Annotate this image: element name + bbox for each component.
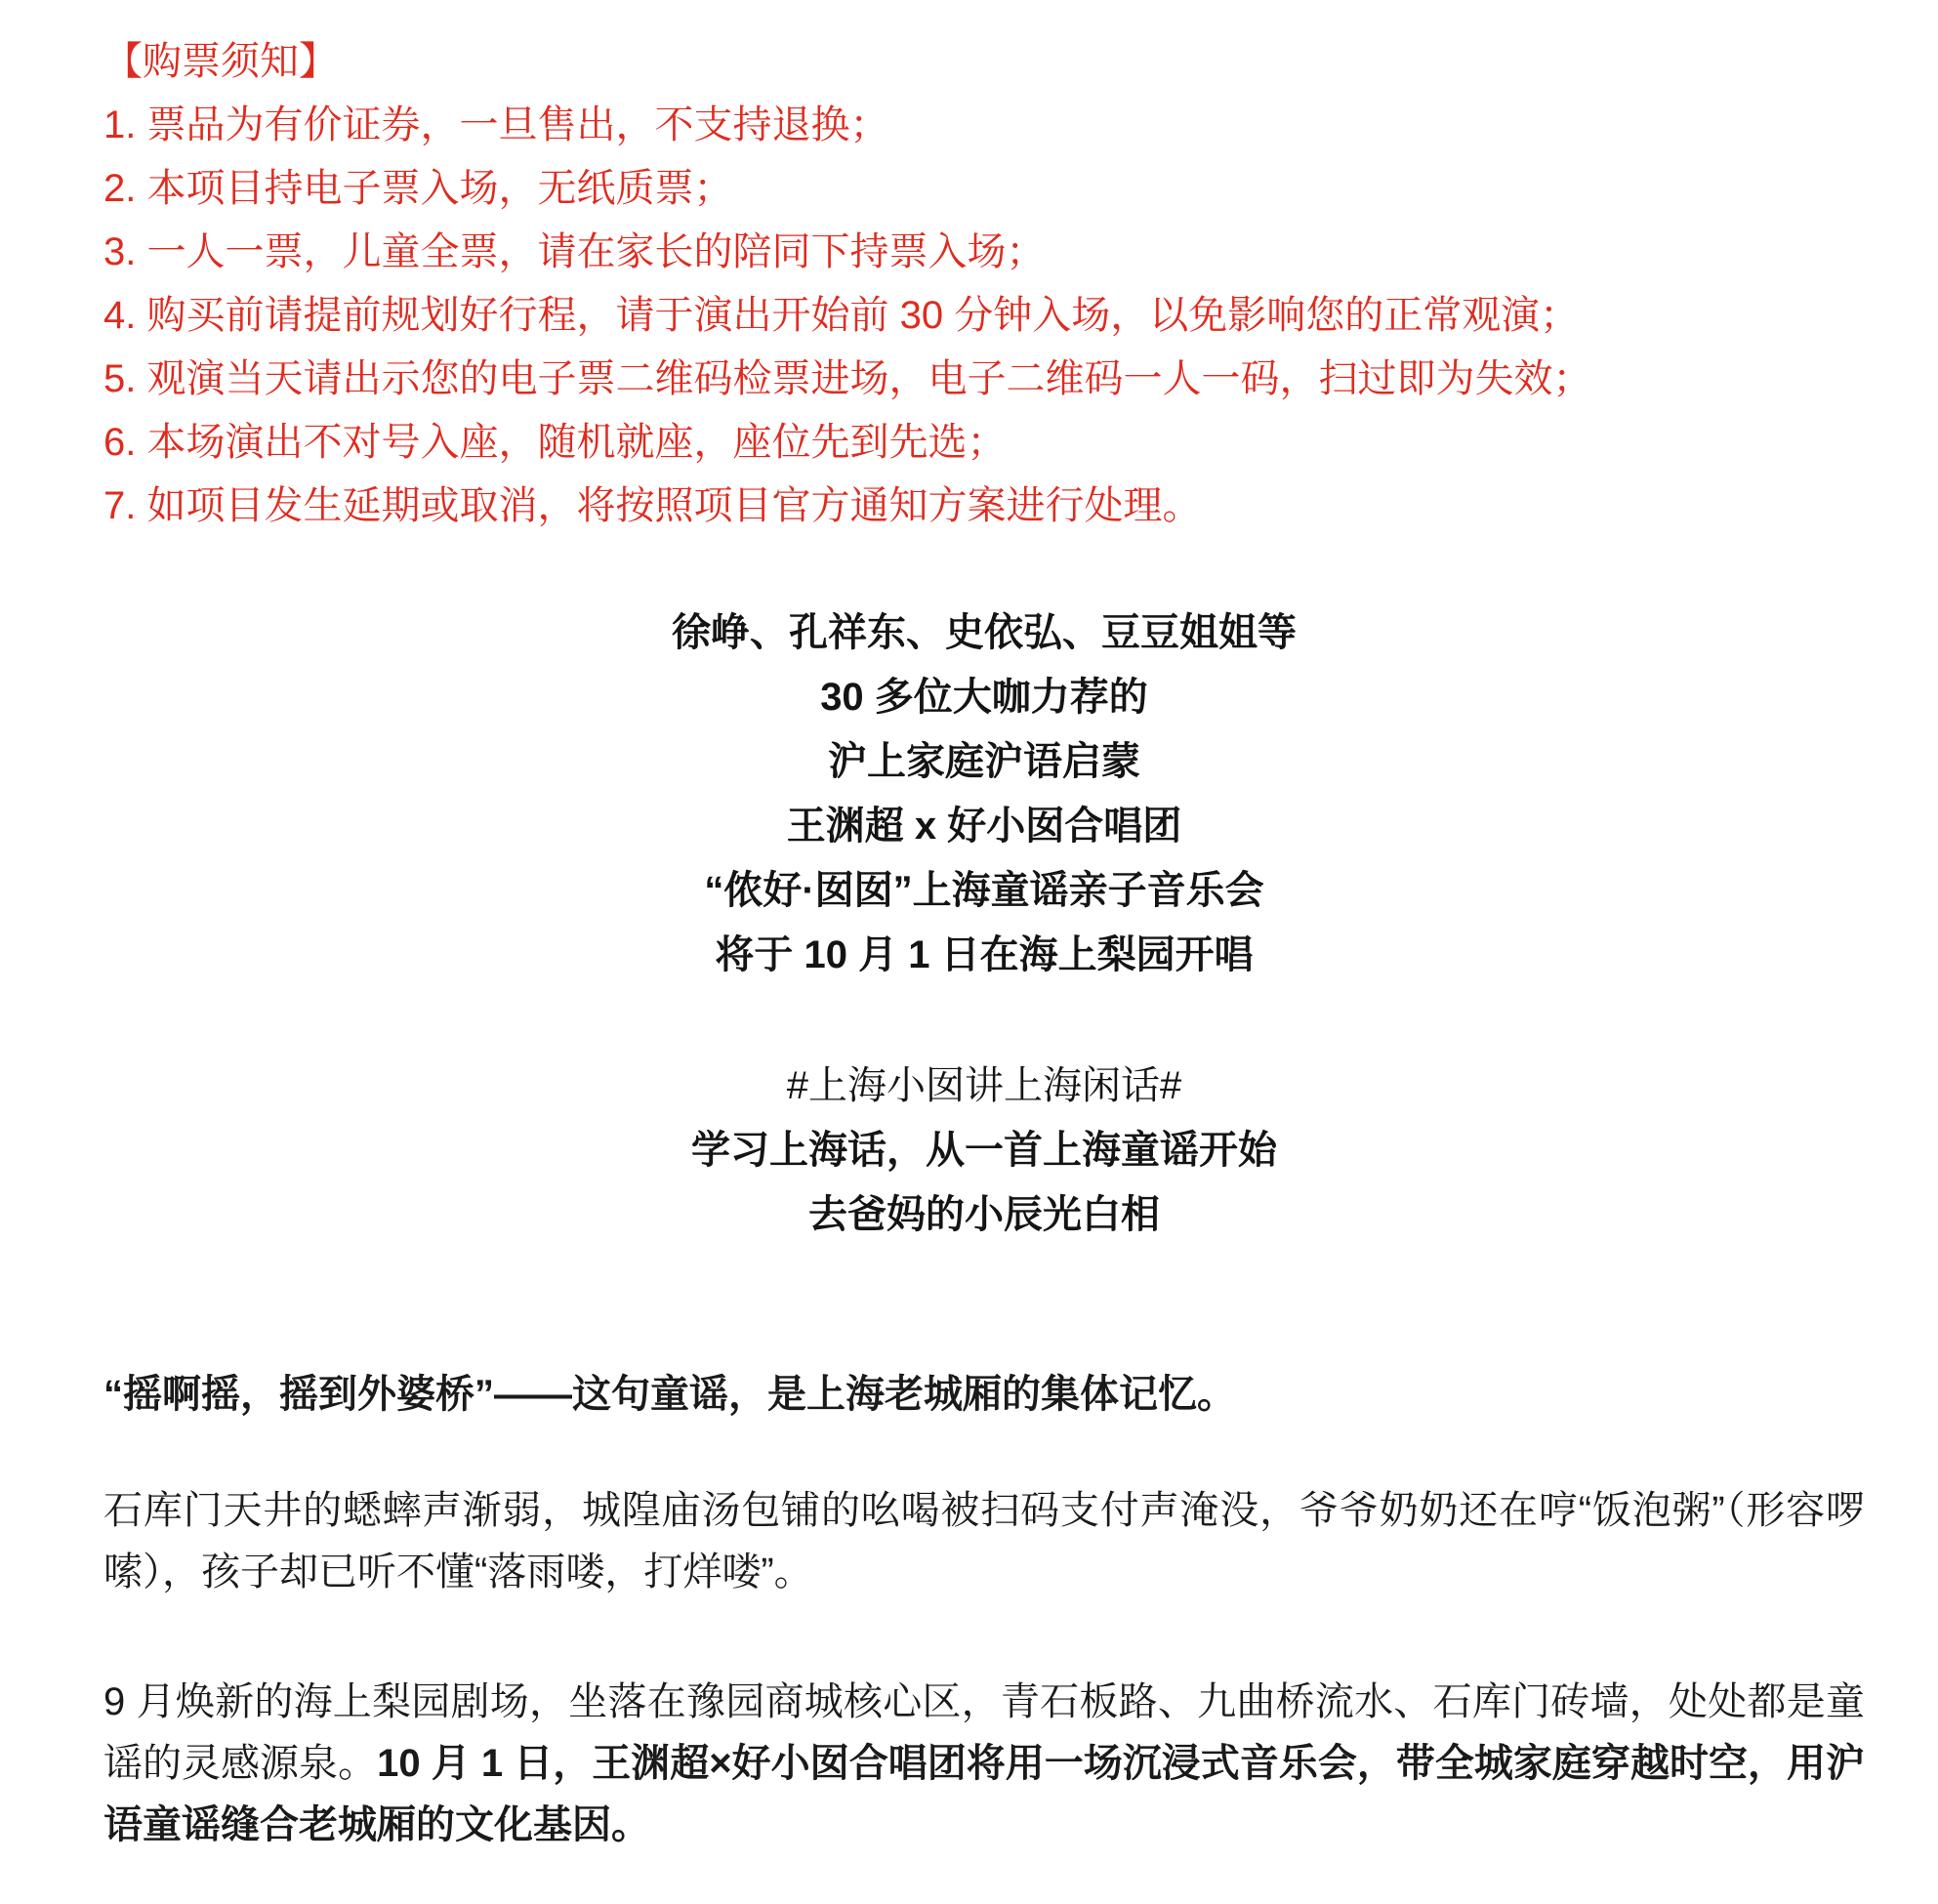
slogan-line-2: 学习上海话，从一首上海童谣开始 bbox=[103, 1118, 1865, 1182]
announcement-artists-line: 徐峥、孔祥东、史依弘、豆豆姐姐等 bbox=[103, 600, 1865, 665]
notice-item-5: 5. 观演当天请出示您的电子票二维码检票进场，电子二维码一人一码，扫过即为失效； bbox=[103, 348, 1865, 411]
concert-announcement-section: 徐峥、孔祥东、史依弘、豆豆姐姐等 30 多位大咖力荐的 沪上家庭沪语启蒙 王渊超… bbox=[103, 600, 1865, 987]
body-paragraph-nursery-rhyme: “摇啊摇，摇到外婆桥”——这句童谣，是上海老城厢的集体记忆。 bbox=[103, 1364, 1865, 1426]
notice-item-7: 7. 如项目发生延期或取消，将按照项目官方通知方案进行处理。 bbox=[103, 475, 1865, 538]
slogan-line-3: 去爸妈的小辰光白相 bbox=[103, 1182, 1865, 1247]
notice-item-3: 3. 一人一票，儿童全票，请在家长的陪同下持票入场； bbox=[103, 221, 1865, 284]
article-body-section: “摇啊摇，摇到外婆桥”——这句童谣，是上海老城厢的集体记忆。 石库门天井的蟋蟀声… bbox=[103, 1364, 1865, 1856]
announcement-show-title-line: “侬好·囡囡”上海童谣亲子音乐会 bbox=[103, 858, 1865, 923]
announcement-date-venue-line: 将于 10 月 1 日在海上梨园开唱 bbox=[103, 923, 1865, 987]
ticket-notice-section: 【购票须知】 1. 票品为有价证券，一旦售出，不支持退换； 2. 本项目持电子票… bbox=[103, 29, 1865, 538]
announcement-performers-line: 王渊超 x 好小囡合唱团 bbox=[103, 794, 1865, 858]
notice-item-1: 1. 票品为有价证券，一旦售出，不支持退换； bbox=[103, 94, 1865, 157]
slogan-section: #上海小囡讲上海闲话# 学习上海话，从一首上海童谣开始 去爸妈的小辰光白相 bbox=[103, 1054, 1865, 1247]
notice-item-6: 6. 本场演出不对号入座，随机就座，座位先到先选； bbox=[103, 411, 1865, 475]
body-paragraph-theater: 9 月焕新的海上梨园剧场，坐落在豫园商城核心区，青石板路、九曲桥流水、石库门砖墙… bbox=[103, 1672, 1865, 1856]
notice-title: 【购票须知】 bbox=[103, 29, 1865, 94]
notice-item-4: 4. 购买前请提前规划好行程，请于演出开始前 30 分钟入场，以免影响您的正常观… bbox=[103, 284, 1865, 348]
notice-item-2: 2. 本项目持电子票入场，无纸质票； bbox=[103, 157, 1865, 221]
announcement-endorsement-line: 30 多位大咖力荐的 bbox=[103, 665, 1865, 729]
announcement-tagline-line: 沪上家庭沪语启蒙 bbox=[103, 729, 1865, 794]
slogan-hashtag: #上海小囡讲上海闲话# bbox=[103, 1054, 1865, 1118]
body-paragraph-old-city: 石库门天井的蟋蟀声渐弱，城隍庙汤包铺的吆喝被扫码支付声淹没，爷爷奶奶还在哼“饭泡… bbox=[103, 1480, 1865, 1603]
article-page: 【购票须知】 1. 票品为有价证券，一旦售出，不支持退换； 2. 本项目持电子票… bbox=[0, 0, 1938, 1904]
